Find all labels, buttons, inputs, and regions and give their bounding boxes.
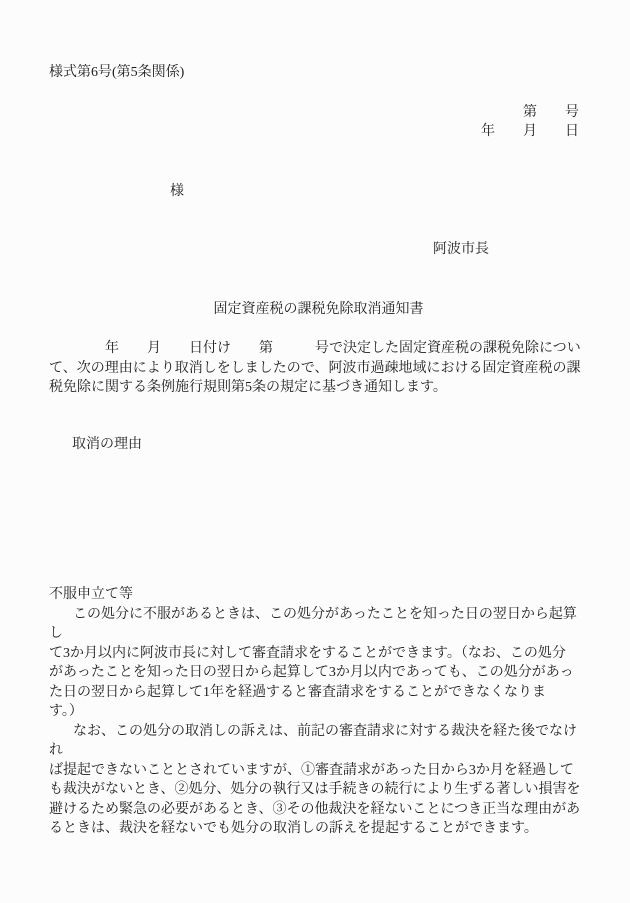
issue-number-line: 第 号 [49, 103, 588, 123]
notice-document-page: 様式第6号(第5条関係) 第 号 年 月 日 様 阿波市長 固定資産税の課税免除… [0, 0, 630, 903]
issuer-name: 阿波市長 [433, 240, 588, 260]
appeal-paragraph-1: この処分に不服があるときは、この処分があったことを知った日の翌日から起算し て3… [49, 605, 588, 722]
body-paragraph: 年 月 日付け 第 号で決定した固定資産税の課税免除につい て、次の理由により取… [49, 339, 588, 398]
cancellation-reason-heading: 取消の理由 [72, 435, 588, 455]
form-number: 様式第6号(第5条関係) [49, 63, 588, 83]
issue-date-line: 年 月 日 [49, 122, 588, 142]
appeal-paragraph-2: なお、この処分の取消しの訴えは、前記の審査請求に対する裁決を経た後でなけれ ば提… [49, 722, 588, 839]
appeal-section-heading: 不服申立て等 [49, 585, 588, 605]
addressee-honorific: 様 [170, 182, 588, 202]
document-title: 固定資産税の課税免除取消通知書 [49, 300, 588, 320]
